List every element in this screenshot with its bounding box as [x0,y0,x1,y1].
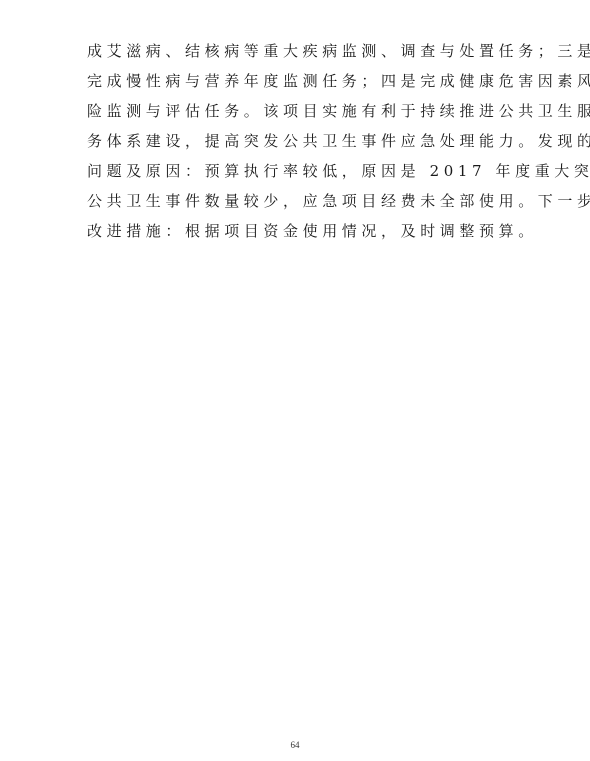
page-number: 64 [0,740,590,750]
text-line: 完成慢性病与营养年度监测任务；四是完成健康危害因素风 [87,66,517,96]
document-page: 成艾滋病、结核病等重大疾病监测、调查与处置任务；三是 完成慢性病与营养年度监测任… [0,0,590,761]
text-line: 成艾滋病、结核病等重大疾病监测、调查与处置任务；三是 [87,36,517,66]
text-line: 问题及原因：预算执行率较低，原因是 2017 年度重大突发 [87,156,517,186]
text-line: 改进措施：根据项目资金使用情况，及时调整预算。 [87,216,517,246]
text-line: 务体系建设，提高突发公共卫生事件应急处理能力。发现的 [87,126,517,156]
body-paragraph: 成艾滋病、结核病等重大疾病监测、调查与处置任务；三是 完成慢性病与营养年度监测任… [87,36,517,246]
text-line: 公共卫生事件数量较少，应急项目经费未全部使用。下一步 [87,186,517,216]
text-line: 险监测与评估任务。该项目实施有利于持续推进公共卫生服 [87,96,517,126]
